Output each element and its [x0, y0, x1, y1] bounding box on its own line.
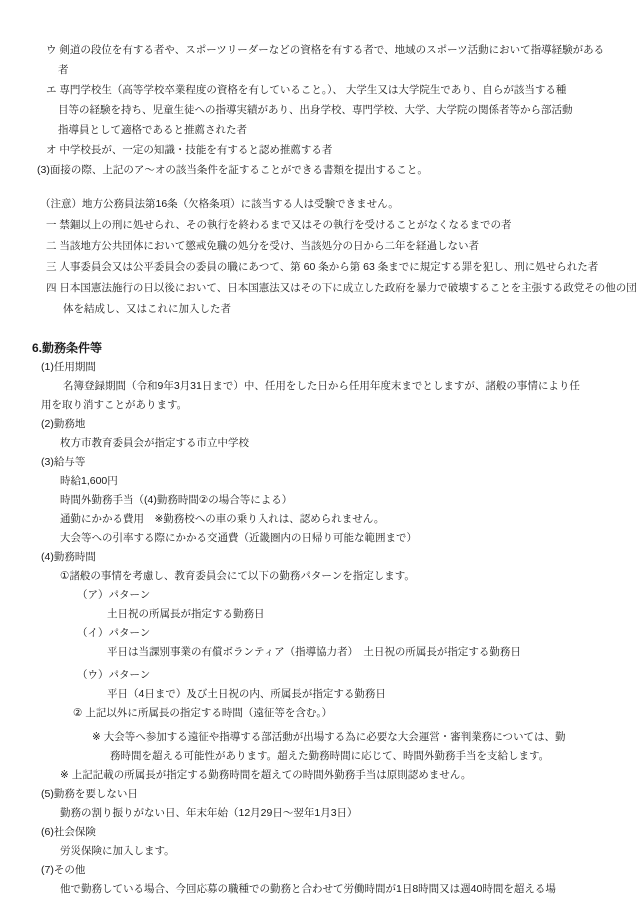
doc-line-working-conditions-9: 通勤にかかる費用 ※勤務校への車の乗り入れは、認められません。	[0, 510, 640, 529]
item-4-working-hours-label: (4)勤務時間	[0, 548, 640, 567]
pattern-a-label: （ア）パターン	[0, 586, 640, 605]
doc-line-disqualification-notice-4: 四 日本国憲法施行の日以後において、日本国憲法又はその下に成立した政府を暴力で破…	[0, 278, 640, 299]
item-1-appointment-period-label: (1)任用期間	[0, 358, 640, 377]
doc-line-working-conditions-26: 労災保険に加入します。	[0, 842, 640, 861]
doc-line-working-conditions-21: 務時間を超える可能性があります。超えた勤務時間に応じて、時間外勤務手当を支給しま…	[0, 747, 640, 766]
item-3-salary-label: (3)給与等	[0, 453, 640, 472]
doc-line-working-conditions-3: 用を取り消すことがあります。	[0, 396, 640, 415]
doc-line-disqualification-notice-1: 一 禁錮以上の刑に処せられ、その執行を終わるまで又はその執行を受けることがなくな…	[0, 215, 640, 236]
doc-line-eligibility-criteria-2: エ 専門学校生（高等学校卒業程度の資格を有していること。）、 大学生又は大学院生…	[0, 80, 640, 100]
doc-line-eligibility-criteria-0: ウ 剣道の段位を有する者や、スポーツリーダーなどの資格を有する者で、地域のスポー…	[0, 40, 640, 60]
doc-line-working-conditions-28: 他で勤務している場合、今回応募の職種での勤務と合わせて労働時間が1日8時間又は週…	[0, 880, 640, 899]
doc-line-working-conditions-20: ※ 大会等へ参加する遠征や指導する部活動が出場する為に必要な大会運営・審判業務に…	[0, 728, 640, 747]
item-3-interview-documents: (3)面接の際、上記のア～オの該当条件を証することができる書類を提出すること。	[0, 160, 640, 180]
doc-line-working-conditions-18: 平日（4日まで）及び土日祝の内、所属長が指定する勤務日	[0, 685, 640, 704]
item-5-non-working-days-label: (5)勤務を要しない日	[0, 785, 640, 804]
section-working-conditions: 6.勤務条件等(1)任用期間名簿登録期間（令和9年3月31日まで）中、任用をした…	[0, 339, 640, 899]
doc-line-working-conditions-2: 名簿登録期間（令和9年3月31日まで）中、任用をした日から任用年度末までとします…	[0, 377, 640, 396]
item-6-social-insurance-label: (6)社会保険	[0, 823, 640, 842]
doc-line-disqualification-notice-3: 三 人事委員会又は公平委員会の委員の職にあつて、第 60 条から第 63 条まで…	[0, 257, 640, 278]
section-eligibility-criteria: ウ 剣道の段位を有する者や、スポーツリーダーなどの資格を有する者で、地域のスポー…	[0, 40, 640, 180]
doc-line-eligibility-criteria-3: 目等の経験を持ち、児童生徒への指導実績があり、出身学校、専門学校、大学、大学院の…	[0, 100, 640, 120]
doc-line-working-conditions-5: 枚方市教育委員会が指定する市立中学校	[0, 434, 640, 453]
section-6-heading: 6.勤務条件等	[0, 339, 640, 358]
doc-line-working-conditions-19: ② 上記以外に所属長の指定する時間（遠征等を含む。）	[0, 704, 640, 723]
pattern-u-label: （ウ）パターン	[0, 666, 640, 685]
notice-heading: （注意）地方公務員法第16条（欠格条項）に該当する人は受験できません。	[0, 194, 640, 215]
item-7-other-label: (7)その他	[0, 861, 640, 880]
doc-line-disqualification-notice-5: 体を結成し、又はこれに加入した者	[0, 299, 640, 320]
doc-line-working-conditions-8: 時間外勤務手当（(4)勤務時間②の場合等による）	[0, 491, 640, 510]
doc-line-eligibility-criteria-5: オ 中学校長が、一定の知識・技能を有すると認め推薦する者	[0, 140, 640, 160]
hourly-wage: 時給1,600円	[0, 472, 640, 491]
doc-line-working-conditions-10: 大会等への引率する際にかかる交通費（近畿圏内の日帰り可能な範囲まで）	[0, 529, 640, 548]
document-page: ウ 剣道の段位を有する者や、スポーツリーダーなどの資格を有する者で、地域のスポー…	[0, 0, 640, 906]
doc-line-working-conditions-16: 平日は当課別事業の有償ボランティア（指導協力者） 土日祝の所属長が指定する勤務日	[0, 643, 640, 662]
doc-line-working-conditions-14: 土日祝の所属長が指定する勤務日	[0, 605, 640, 624]
document-body: ウ 剣道の段位を有する者や、スポーツリーダーなどの資格を有する者で、地域のスポー…	[0, 40, 640, 899]
section-disqualification-notice: （注意）地方公務員法第16条（欠格条項）に該当する人は受験できません。一 禁錮以…	[0, 194, 640, 320]
doc-line-disqualification-notice-2: 二 当該地方公共団体において懲戒免職の処分を受け、当該処分の日から二年を経過しな…	[0, 236, 640, 257]
doc-line-working-conditions-22: ※ 上記記載の所属長が指定する勤務時間を超えての時間外勤務手当は原則認めません。	[0, 766, 640, 785]
pattern-i-label: （イ）パターン	[0, 624, 640, 643]
doc-line-working-conditions-24: 勤務の割り振りがない日、年末年始（12月29日～翌年1月3日）	[0, 804, 640, 823]
doc-line-working-conditions-12: ①諸般の事情を考慮し、教育委員会にて以下の勤務パターンを指定します。	[0, 567, 640, 586]
doc-line-eligibility-criteria-1: 者	[0, 60, 640, 80]
doc-line-eligibility-criteria-4: 指導員として適格であると推薦された者	[0, 120, 640, 140]
item-2-work-location-label: (2)勤務地	[0, 415, 640, 434]
